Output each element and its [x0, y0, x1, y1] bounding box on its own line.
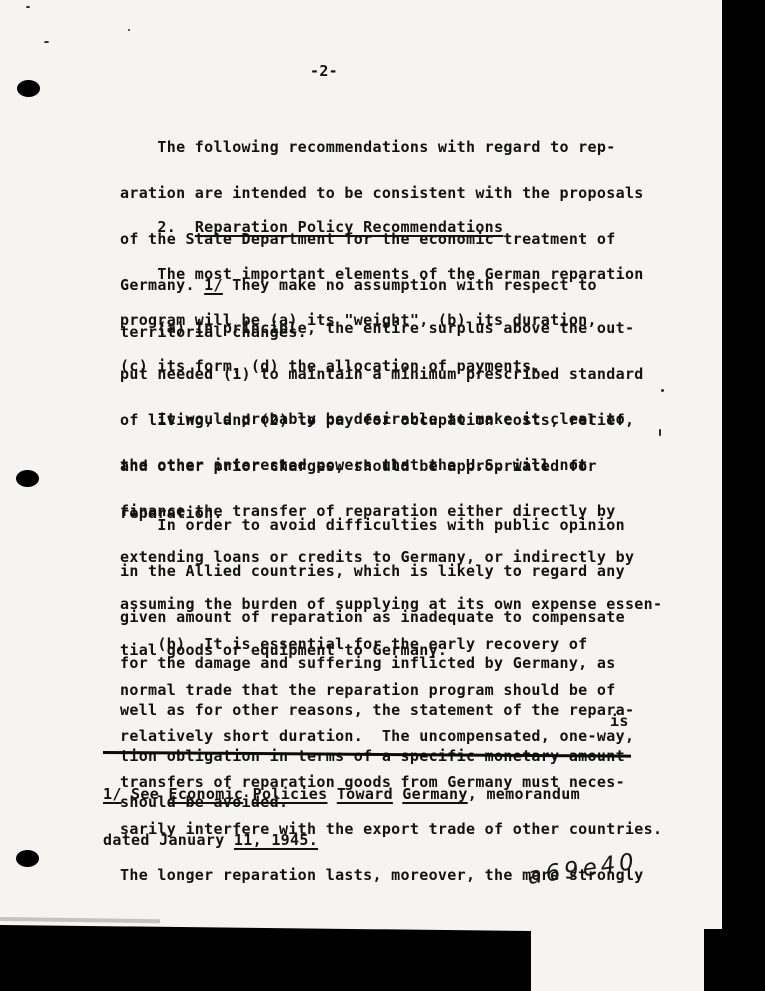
text-segment — [243, 785, 252, 803]
text-line: The most important elements of the Germa… — [120, 267, 644, 282]
text-line: In order to avoid difficulties with publ… — [120, 518, 634, 533]
text-segment: dated January — [103, 831, 234, 849]
cited-title-word: Policies — [253, 785, 328, 803]
text-line: (a) In principle, the entire surplus abo… — [120, 321, 644, 336]
cited-title-word: Toward — [337, 785, 393, 803]
text-segment: See — [122, 785, 169, 803]
scan-smudge — [0, 917, 160, 923]
scan-artifact-bottom-bar — [0, 924, 531, 991]
text-segment — [327, 785, 336, 803]
scan-speck — [661, 389, 664, 392]
text-line: relatively short duration. The uncompens… — [120, 729, 662, 744]
text-line: (b) It is essential for the early recove… — [120, 637, 662, 652]
text-segment — [393, 785, 402, 803]
footnote: 1/ See Economic Policies Toward Germany,… — [103, 756, 580, 879]
section-title: Reparation Policy Recommendations — [195, 218, 504, 236]
scanned-document-page: -2- The following recommendations with r… — [0, 0, 765, 991]
text-line: dated January 11, 1945. — [103, 833, 580, 848]
footnote-number: 1/ — [103, 785, 122, 803]
text-line: aration are intended to be consistent wi… — [120, 186, 644, 201]
punch-hole-top — [17, 80, 40, 97]
cited-title-word: Germany — [402, 785, 467, 803]
text-line: normal trade that the reparation program… — [120, 683, 662, 698]
text-line: The following recommendations with regar… — [120, 140, 644, 155]
scan-artifact-right-strip — [722, 0, 765, 936]
page-number: -2- — [289, 64, 359, 79]
scan-artifact-bottom-right-block — [704, 929, 765, 991]
scan-speck — [26, 6, 30, 8]
scan-speck — [659, 429, 661, 436]
punch-hole-bottom — [16, 850, 39, 867]
text-line: It would probably be desirable to make i… — [120, 412, 662, 427]
cited-title-word: Economic — [168, 785, 243, 803]
text-segment: , memorandum — [468, 785, 580, 803]
text-line: in the Allied countries, which is likely… — [120, 564, 634, 579]
section-number: 2. — [157, 218, 194, 236]
underlined-date: 11, 1945. — [234, 831, 318, 849]
catchword: is — [610, 714, 629, 729]
text-line: 1/ See Economic Policies Toward Germany,… — [103, 787, 580, 802]
punch-hole-middle — [16, 470, 39, 487]
scan-speck — [128, 29, 130, 31]
text-line: the other interested powers that the U.S… — [120, 458, 662, 473]
scan-speck — [44, 41, 49, 43]
